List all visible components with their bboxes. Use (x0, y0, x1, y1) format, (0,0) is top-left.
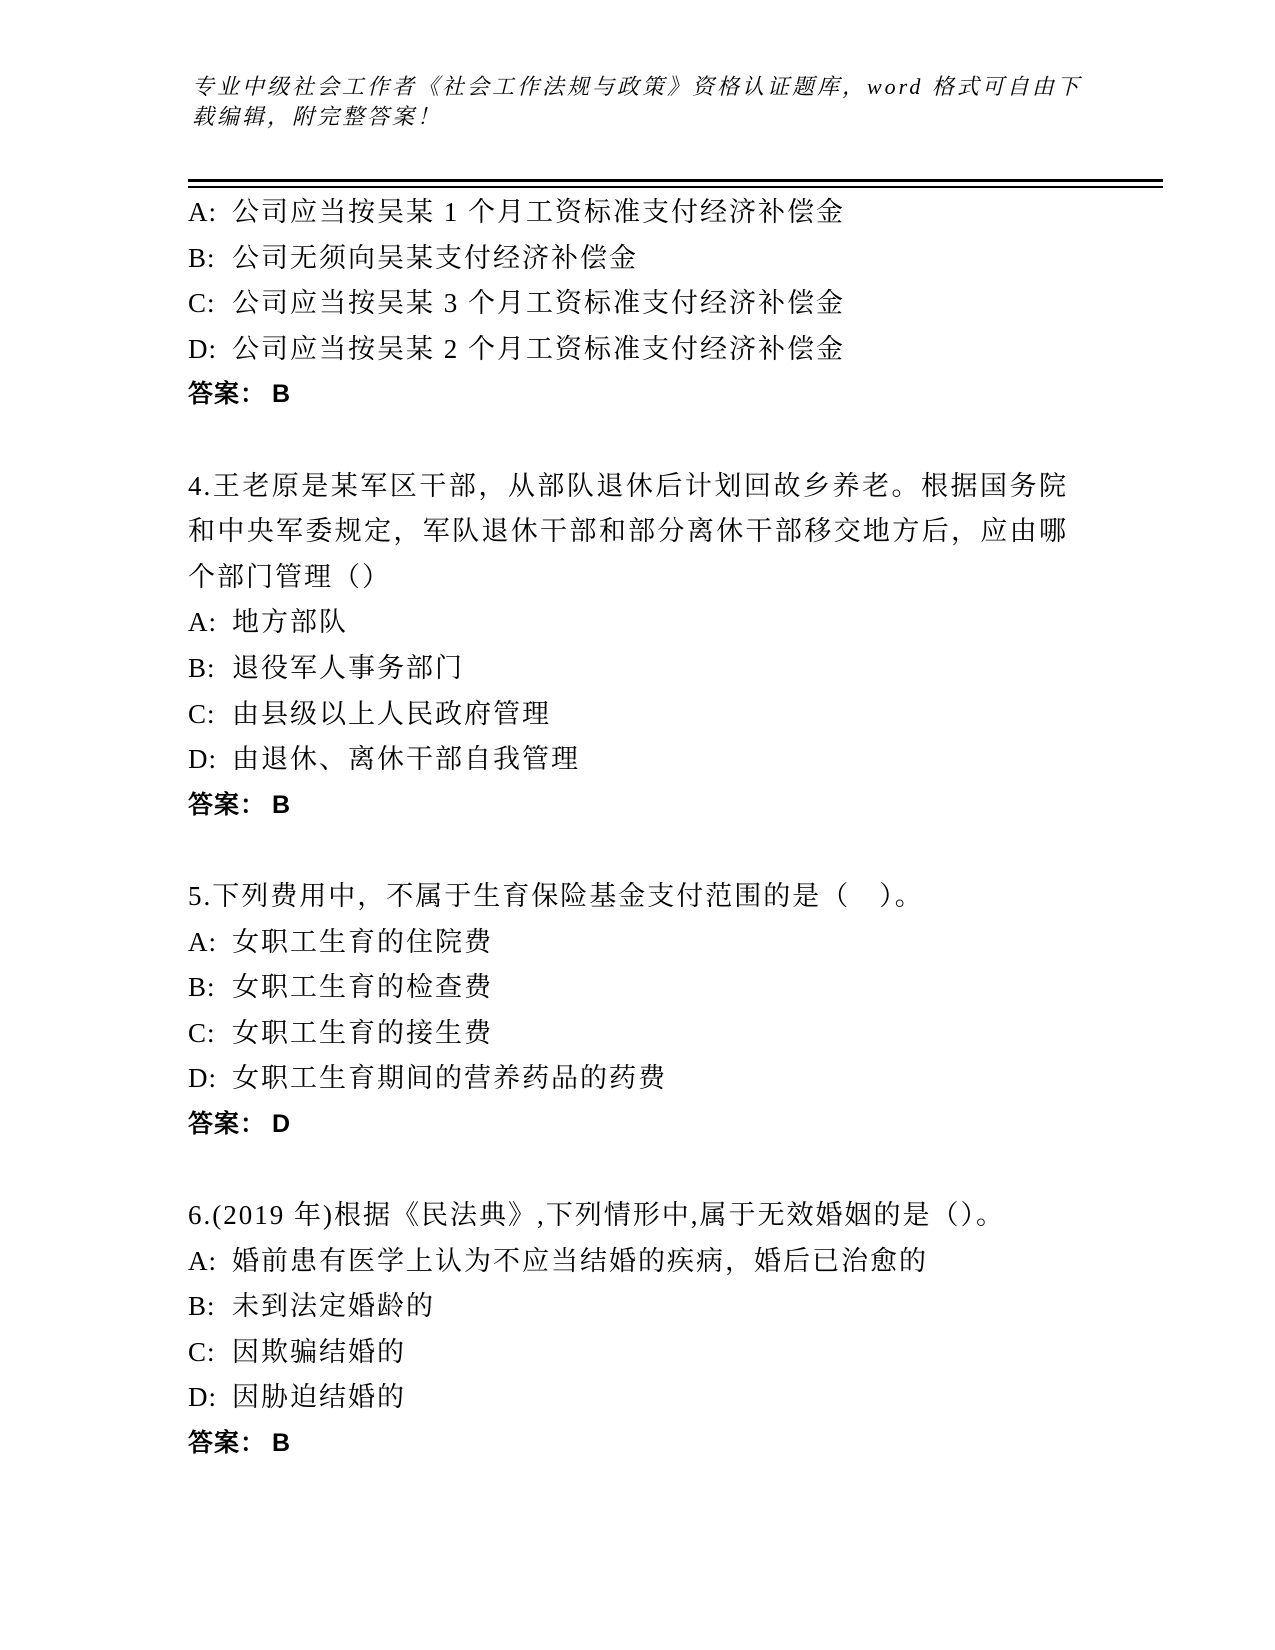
option-label: A: (188, 1239, 232, 1285)
option-text: 公司应当按吴某 2 个月工资标准支付经济补偿金 (232, 334, 845, 364)
answer-line: 答案：B (188, 1421, 1068, 1467)
option-label: A: (188, 190, 232, 236)
answer-label: 答案： (188, 380, 266, 408)
option-label: D: (188, 1375, 232, 1421)
option-row: A:地方部队 (188, 600, 1068, 646)
option-text: 地方部队 (232, 607, 348, 637)
option-text: 女职工生育的住院费 (232, 927, 493, 957)
answer-line: 答案：B (188, 372, 1068, 418)
answer-line: 答案：D (188, 1102, 1068, 1148)
question-text-line: 和中央军委规定，军队退休干部和部分离休干部移交地方后，应由哪 (188, 509, 1068, 555)
option-row: D:由退休、离休干部自我管理 (188, 737, 1068, 783)
option-text: 婚前患有医学上认为不应当结婚的疾病，婚后已治愈的 (232, 1246, 928, 1276)
option-label: C: (188, 1330, 232, 1376)
header-line-2: 载编辑，附完整答案！ (192, 102, 1097, 132)
option-row: A:婚前患有医学上认为不应当结婚的疾病，婚后已治愈的 (188, 1239, 1068, 1285)
option-text: 因欺骗结婚的 (232, 1337, 406, 1367)
answer-line: 答案：B (188, 783, 1068, 829)
option-label: D: (188, 327, 232, 373)
option-label: B: (188, 1284, 232, 1330)
option-label: C: (188, 281, 232, 327)
option-row: A:女职工生育的住院费 (188, 920, 1068, 966)
question-text-line: 个部门管理（） (188, 555, 1068, 601)
document-body: A:公司应当按吴某 1 个月工资标准支付经济补偿金 B:公司无须向吴某支付经济补… (188, 190, 1068, 1467)
option-text: 由退休、离休干部自我管理 (232, 744, 580, 774)
option-label: D: (188, 1056, 232, 1102)
answer-label: 答案： (188, 1110, 266, 1138)
question-text-line: 6.(2019 年)根据《民法典》,下列情形中,属于无效婚姻的是（）。 (188, 1193, 1068, 1239)
option-row: B:退役军人事务部门 (188, 646, 1068, 692)
option-label: C: (188, 1011, 232, 1057)
option-row: D:女职工生育期间的营养药品的药费 (188, 1056, 1068, 1102)
header-line-1: 专业中级社会工作者《社会工作法规与政策》资格认证题库，word 格式可自由下 (192, 72, 1097, 102)
option-text: 女职工生育期间的营养药品的药费 (232, 1063, 667, 1093)
option-text: 公司无须向吴某支付经济补偿金 (232, 243, 638, 273)
option-text: 女职工生育的检查费 (232, 972, 493, 1002)
option-text: 公司应当按吴某 3 个月工资标准支付经济补偿金 (232, 288, 845, 318)
option-text: 未到法定婚龄的 (232, 1291, 435, 1321)
option-label: C: (188, 692, 232, 738)
option-text: 因胁迫结婚的 (232, 1382, 406, 1412)
option-label: B: (188, 236, 232, 282)
page-header: 专业中级社会工作者《社会工作法规与政策》资格认证题库，word 格式可自由下 载… (192, 72, 1097, 132)
option-label: D: (188, 737, 232, 783)
option-label: A: (188, 920, 232, 966)
option-label: B: (188, 646, 232, 692)
option-text: 公司应当按吴某 1 个月工资标准支付经济补偿金 (232, 197, 845, 227)
option-row: A:公司应当按吴某 1 个月工资标准支付经济补偿金 (188, 190, 1068, 236)
option-text: 由县级以上人民政府管理 (232, 699, 551, 729)
option-label: B: (188, 965, 232, 1011)
header-rule (188, 179, 1163, 188)
answer-value: D (272, 1110, 291, 1138)
option-text: 退役军人事务部门 (232, 653, 464, 683)
option-row: C:女职工生育的接生费 (188, 1011, 1068, 1057)
answer-label: 答案： (188, 791, 266, 819)
option-row: D:公司应当按吴某 2 个月工资标准支付经济补偿金 (188, 327, 1068, 373)
option-row: B:未到法定婚龄的 (188, 1284, 1068, 1330)
option-text: 女职工生育的接生费 (232, 1018, 493, 1048)
question-block-4: 4.王老原是某军区干部，从部队退休后计划回故乡养老。根据国务院 和中央军委规定，… (188, 464, 1068, 829)
option-row: B:公司无须向吴某支付经济补偿金 (188, 236, 1068, 282)
option-label: A: (188, 600, 232, 646)
question-text-line: 5.下列费用中，不属于生育保险基金支付范围的是（ ）。 (188, 874, 1068, 920)
answer-value: B (272, 791, 291, 819)
document-page: 专业中级社会工作者《社会工作法规与政策》资格认证题库，word 格式可自由下 载… (0, 0, 1275, 1650)
question-block-5: 5.下列费用中，不属于生育保险基金支付范围的是（ ）。 A:女职工生育的住院费 … (188, 874, 1068, 1148)
answer-value: B (272, 380, 291, 408)
option-row: D:因胁迫结婚的 (188, 1375, 1068, 1421)
question-block-3: A:公司应当按吴某 1 个月工资标准支付经济补偿金 B:公司无须向吴某支付经济补… (188, 190, 1068, 418)
option-row: B:女职工生育的检查费 (188, 965, 1068, 1011)
option-row: C:由县级以上人民政府管理 (188, 692, 1068, 738)
question-block-6: 6.(2019 年)根据《民法典》,下列情形中,属于无效婚姻的是（）。 A:婚前… (188, 1193, 1068, 1467)
option-row: C:公司应当按吴某 3 个月工资标准支付经济补偿金 (188, 281, 1068, 327)
answer-value: B (272, 1429, 291, 1457)
question-text-line: 4.王老原是某军区干部，从部队退休后计划回故乡养老。根据国务院 (188, 464, 1068, 510)
answer-label: 答案： (188, 1429, 266, 1457)
option-row: C:因欺骗结婚的 (188, 1330, 1068, 1376)
